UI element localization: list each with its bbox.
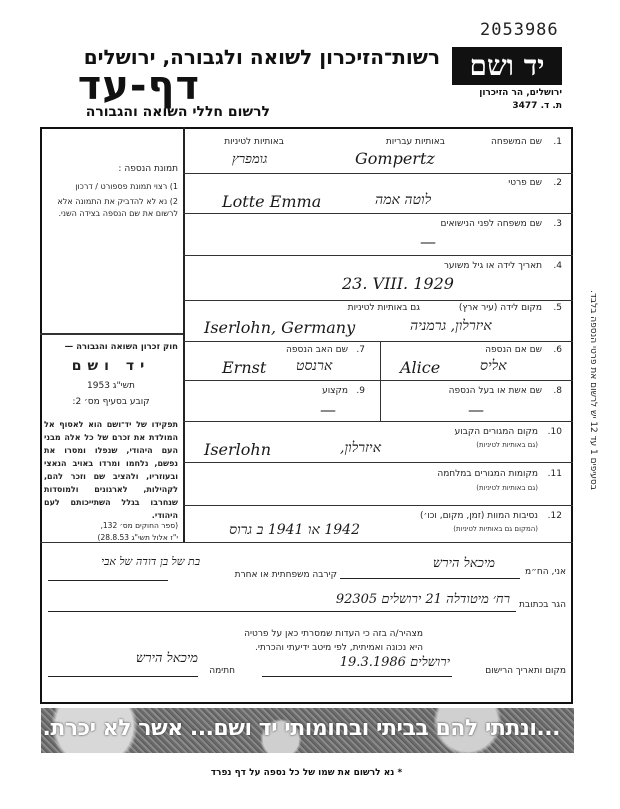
declarant-name-line: [340, 578, 520, 579]
logo-address-line2: ת. ד. 3477: [440, 101, 562, 111]
field-1-number: 1.: [553, 137, 562, 147]
law-reference-1: (ספר החוקים מס׳ 132,: [44, 520, 178, 532]
vertical-note-text: בסעיפים 1 עד 12 יש לרשום את פרטי הנספה ב…: [588, 290, 598, 490]
row-divider: [183, 300, 573, 301]
field-4-label: תאריך לידה או גיל משוער: [444, 261, 542, 271]
declaration-line-2: היא נכונה ואמיתית, לפי מיטב ידיעתי והכרת…: [255, 643, 423, 653]
field-2-value-hebrew[interactable]: לוטה אמה: [375, 192, 431, 209]
row-divider: [183, 341, 573, 342]
left-column-divider: [40, 333, 183, 335]
field-7-number: 7.: [356, 345, 365, 355]
field-7-value-hebrew[interactable]: ארנסט: [296, 358, 332, 375]
field-7-value-latin[interactable]: Ernst: [222, 358, 266, 377]
row-6-7-8-9-divider: [380, 341, 381, 421]
law-year: תשי"ג 1953: [44, 380, 178, 392]
law-body: תפקידו של יד־ושם הוא לאסוף אל המולדת את …: [44, 418, 178, 522]
field-2-number: 2.: [553, 178, 562, 188]
field-8-number: 8.: [553, 386, 562, 396]
photo-note-2: 2) נא לא להדביק את התמונה אלא לרשום את ש…: [44, 196, 178, 220]
law-name: יד ושם: [44, 360, 178, 372]
address-value[interactable]: רח׳ מיטודלה 21 ירושלים 92305: [140, 591, 510, 607]
row-divider: [183, 505, 573, 506]
banner-quote: ...ונתתי להם בביתי ובחומותי יד ושם... אש…: [43, 716, 560, 741]
field-4-value[interactable]: 23. VIII. 1929: [342, 274, 454, 293]
field-5-number: 5.: [553, 303, 562, 313]
vertical-note: בסעיפים 1 עד 12 יש לרשום את פרטי הנספה ב…: [578, 250, 608, 530]
row-divider: [183, 255, 573, 256]
field-12-sublabel: (המקום גם באותיות לטיניות): [453, 525, 538, 533]
footnote: * נא לרשום את שמו של כל נספה על דף נפרד: [40, 768, 573, 778]
law-section: קובע בסעיף מס׳ 2:: [44, 396, 178, 408]
field-10-value-latin[interactable]: Iserlohn: [204, 440, 271, 459]
field-11-number: 11.: [548, 469, 562, 479]
field-1-label: שם המשפחה: [491, 137, 542, 147]
yad-vashem-logo: יד ושם: [452, 47, 562, 85]
document-number: 2053986: [480, 20, 559, 40]
field-6-number: 6.: [553, 345, 562, 355]
field-3-number: 3.: [553, 219, 562, 229]
declarant-label: אני, הח״מ: [525, 567, 566, 577]
address-label: הגר בכתובת: [519, 600, 566, 610]
field-1-value-latin[interactable]: Gompertz: [355, 149, 435, 168]
place-date-value[interactable]: ירושלים 19.3.1986: [290, 654, 450, 670]
photo-title: תמונת הנספה :: [44, 163, 178, 175]
column-divider: [183, 127, 185, 542]
field-9-number: 9.: [356, 386, 365, 396]
place-date-label: מקום ותאריך הרישום: [485, 666, 566, 676]
section-divider: [40, 542, 573, 543]
signature-value[interactable]: מיכאל הירש: [78, 650, 198, 666]
field-5-label: מקום לידה (עיר ארץ): [459, 303, 542, 313]
field-6-value-hebrew[interactable]: אליס: [480, 358, 507, 375]
field-10-value-hebrew[interactable]: איזרלון,: [340, 440, 381, 457]
form-title: דף-עד: [40, 63, 200, 109]
field-3-label: שם משפחה לפני הנישואים: [441, 219, 542, 229]
field-2-label: שם פרטי: [508, 178, 542, 188]
form-subtitle: לרשום חללי השואה והגבורה: [40, 104, 270, 120]
field-12-value[interactable]: 1942 או 1941 ב גרוס: [188, 522, 360, 539]
declarant-name-value[interactable]: מיכאל הירש: [355, 555, 495, 571]
field-11-label: מקומות המגורים במלחמה: [437, 469, 538, 479]
row-divider: [183, 213, 573, 214]
field-10-number: 10.: [548, 427, 562, 437]
field-12-label: נסיבות המוות (זמן, מקום, וכו׳): [420, 511, 538, 521]
row-divider: [183, 462, 573, 463]
address-line: [48, 611, 516, 612]
field-5-value-latin[interactable]: Iserlohn, Germany: [204, 318, 355, 337]
field-1-latin-hint: באותיות לטיניות: [224, 137, 284, 147]
field-11-sublabel: (גם באותיות לטיניות): [476, 484, 538, 492]
field-9-value[interactable]: —: [320, 400, 336, 419]
field-5-value-hebrew[interactable]: איזרלון, גרמניה: [410, 318, 492, 335]
quote-banner: ...ונתתי להם בביתי ובחומותי יד ושם... אש…: [41, 708, 574, 753]
logo-address-line1: ירושלים, הר הזיכרון: [440, 88, 562, 98]
field-9-label: מקצוע: [322, 386, 348, 396]
row-divider: [183, 380, 573, 381]
field-1-value-hebrew[interactable]: גומפרץ: [232, 151, 267, 167]
place-date-line: [262, 676, 452, 677]
relation-value[interactable]: בת של בן דודה של אבי: [70, 555, 200, 568]
declaration-line-1: מצהיר/ה בזה כי העדות שמסרתי כאן על פרטיה: [244, 629, 423, 639]
row-divider: [183, 421, 573, 422]
photo-note-1: 1) רצוי תמונת פספורט / דרכון: [44, 181, 178, 193]
field-6-label: שם אם הנספה: [485, 345, 542, 355]
field-7-label: שם האב הנספה: [286, 345, 348, 355]
field-10-sublabel: (גם באותיות לטיניות): [476, 441, 538, 449]
row-divider: [183, 173, 573, 174]
field-1-hebrew-hint: באותיות עבריות: [386, 137, 445, 147]
field-4-number: 4.: [553, 261, 562, 271]
field-6-value-latin[interactable]: Alice: [400, 358, 440, 377]
field-12-number: 12.: [548, 511, 562, 521]
field-3-value[interactable]: —: [420, 232, 436, 251]
signature-line: [48, 676, 198, 677]
field-8-label: שם אשת או בעל הנספה: [449, 386, 542, 396]
law-heading: חוק זכרון השואה והגבורה —: [44, 341, 178, 353]
relation-label: קירבה משפחתית או אחרת: [235, 570, 337, 580]
field-5-latin-hint: גם באותיות לטיניות: [348, 303, 420, 313]
field-2-value-latin[interactable]: Lotte Emma: [222, 192, 321, 211]
field-8-value[interactable]: —: [468, 400, 484, 419]
field-10-label: מקום המגורים הקבוע: [455, 427, 538, 437]
signature-label: חתימה: [209, 666, 235, 676]
relation-line: [48, 580, 168, 581]
